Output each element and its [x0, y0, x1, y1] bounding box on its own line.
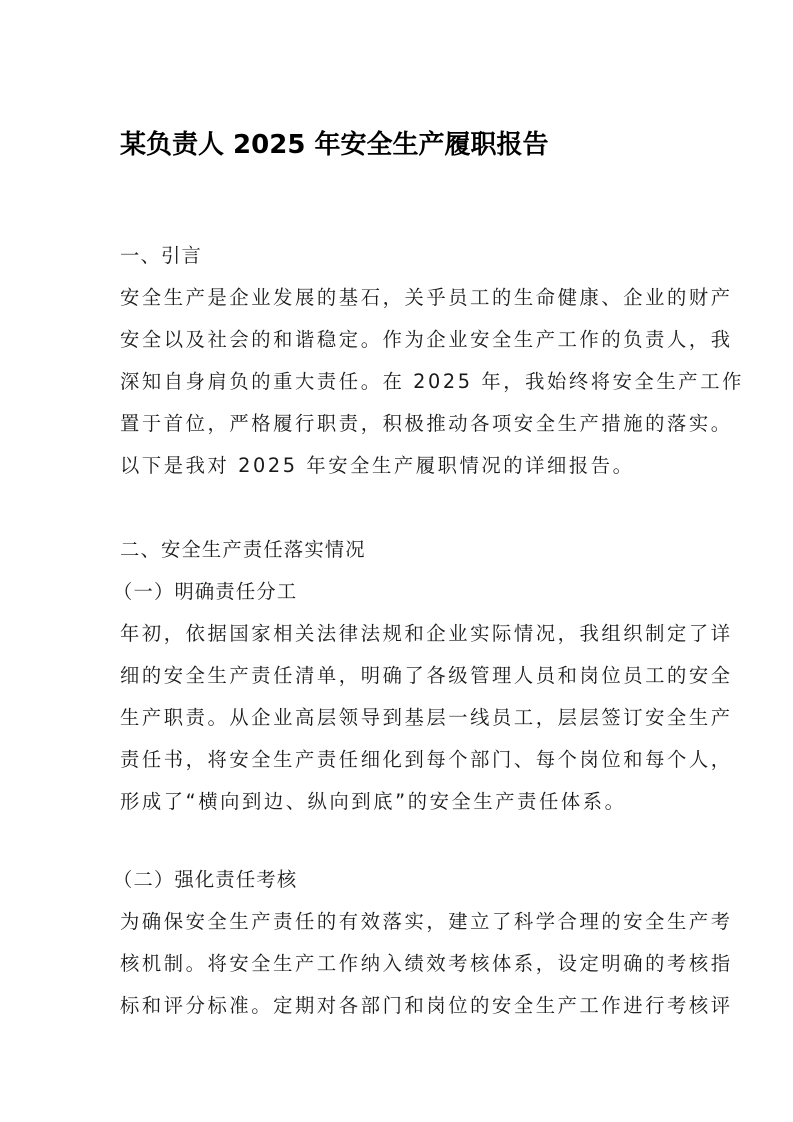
subsection-heading-clarify-duties: （一）明确责任分工	[113, 578, 297, 606]
paragraph-line: 责任书，将安全生产责任细化到每个部门、每个岗位和每个人，	[120, 746, 733, 774]
paragraph-line: 以下是我对 2025 年安全生产履职情况的详细报告。	[120, 452, 635, 480]
paragraph-line: 置于首位，严格履行职责，积极推动各项安全生产措施的落实。	[120, 410, 733, 438]
paragraph-line: 为确保安全生产责任的有效落实，建立了科学合理的安全生产考	[120, 908, 733, 936]
document-title: 某负责人 2025 年安全生产履职报告	[120, 127, 548, 163]
paragraph-line: 标和评分标准。定期对各部门和岗位的安全生产工作进行考核评	[120, 992, 733, 1020]
paragraph-line: 安全以及社会的和谐稳定。作为企业安全生产工作的负责人，我	[120, 326, 733, 354]
section-heading-responsibility: 二、安全生产责任落实情况	[120, 536, 366, 564]
paragraph-line: 深知自身肩负的重大责任。在 2025 年，我始终将安全生产工作	[120, 368, 744, 396]
paragraph-line: 生产职责。从企业高层领导到基层一线员工，层层签订安全生产	[120, 704, 733, 732]
paragraph-line: 细的安全生产责任清单，明确了各级管理人员和岗位员工的安全	[120, 662, 733, 690]
paragraph-line: 年初，依据国家相关法律法规和企业实际情况，我组织制定了详	[120, 620, 733, 648]
paragraph-line: 核机制。将安全生产工作纳入绩效考核体系，设定明确的考核指	[120, 950, 733, 978]
document-page: 某负责人 2025 年安全生产履职报告 一、引言 安全生产是企业发展的基石，关乎…	[0, 0, 793, 1122]
subsection-heading-strengthen-assessment: （二）强化责任考核	[113, 866, 297, 894]
paragraph-line: 形成了“横向到边、纵向到底”的安全生产责任体系。	[120, 788, 627, 816]
section-heading-introduction: 一、引言	[120, 242, 202, 270]
paragraph-line: 安全生产是企业发展的基石，关乎员工的生命健康、企业的财产	[120, 284, 733, 312]
